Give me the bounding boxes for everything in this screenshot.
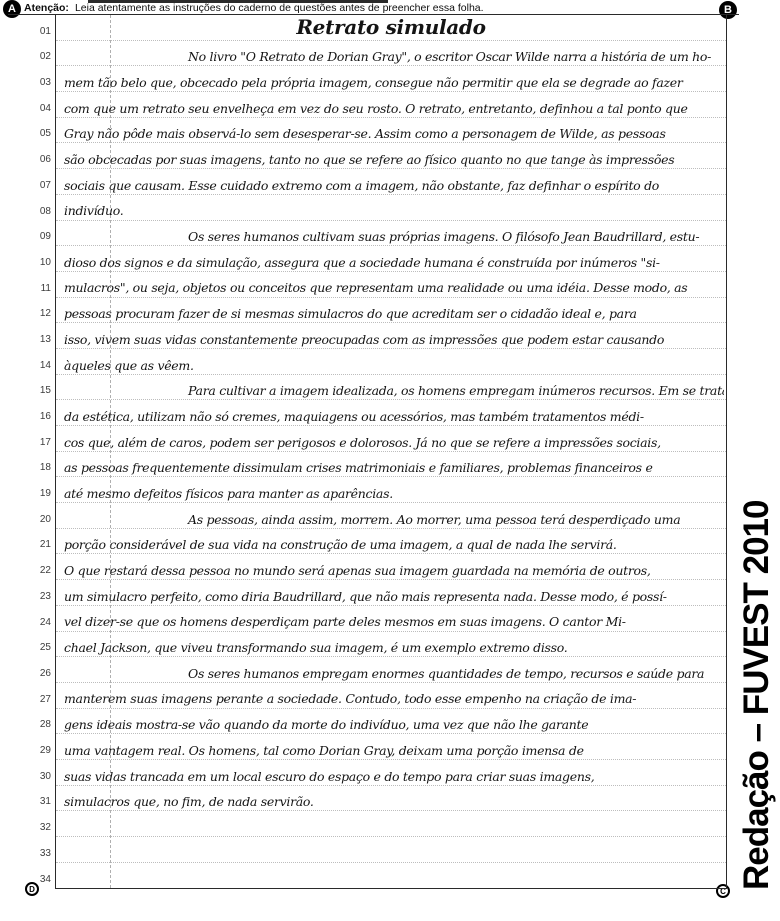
essay-line: 20 As pessoas, ainda assim, morrem. Ao m…	[56, 503, 726, 529]
line-number: 18	[27, 462, 51, 473]
essay-line: 02 No livro "O Retrato de Dorian Gray", …	[56, 41, 726, 67]
handwritten-text: O que restará dessa pessoa no mundo será…	[56, 564, 655, 579]
line-number: 03	[27, 77, 51, 88]
essay-line: 13 isso, vivem suas vidas constantemente…	[56, 323, 726, 349]
handwritten-text: pessoas procuram fazer de si mesmas simu…	[56, 307, 641, 322]
essay-line: 07 sociais que causam. Esse cuidado extr…	[56, 169, 726, 195]
essay-line: 27 manterem suas imagens perante a socie…	[56, 683, 726, 709]
essay-line: 11 mulacros", ou seja, objetos ou concei…	[56, 272, 726, 298]
essay-line: 26 Os seres humanos empregam enormes qua…	[56, 657, 726, 683]
handwritten-text: Gray não pôde mais observá-lo sem desesp…	[56, 127, 670, 142]
line-number: 11	[27, 283, 51, 294]
handwritten-text: mulacros", ou seja, objetos ou conceitos…	[56, 281, 691, 296]
essay-line: 09 Os seres humanos cultivam suas própri…	[56, 221, 726, 247]
line-number: 27	[27, 694, 51, 705]
handwritten-text: Retrato simulado	[292, 17, 489, 40]
essay-line: 22 O que restará dessa pessoa no mundo s…	[56, 554, 726, 580]
answer-sheet: 01 Retrato simulado 02 No livro "O Retra…	[55, 15, 727, 889]
line-number: 28	[27, 719, 51, 730]
line-number: 01	[27, 26, 51, 37]
line-number: 31	[27, 796, 51, 807]
handwritten-text: as pessoas frequentemente dissimulam cri…	[56, 461, 657, 476]
line-number: 15	[27, 385, 51, 396]
line-number: 22	[27, 565, 51, 576]
handwritten-text: até mesmo defeitos físicos para manter a…	[56, 487, 397, 502]
line-number: 24	[27, 617, 51, 628]
line-number: 09	[27, 231, 51, 242]
paper-crease-line	[110, 15, 111, 888]
handwritten-text: Para cultivar a imagem idealizada, os ho…	[56, 384, 724, 399]
essay-line: 14 àqueles que as vêem.	[56, 349, 726, 375]
handwritten-text: suas vidas trancada em um local escuro d…	[56, 770, 598, 785]
essay-line: 04 com que um retrato seu envelheça em v…	[56, 92, 726, 118]
exam-side-label: Redação – FUVEST 2010	[736, 438, 778, 890]
attention-header: Atenção:Leia atentamente as instruções d…	[24, 2, 684, 14]
line-number: 10	[27, 257, 51, 268]
essay-line: 30 suas vidas trancada em um local escur…	[56, 760, 726, 786]
essay-line: 28 gens ideais mostra-se vão quando da m…	[56, 709, 726, 735]
corner-marker-a: A	[3, 0, 21, 18]
handwritten-text: manterem suas imagens perante a sociedad…	[56, 692, 640, 707]
attention-label: Atenção:	[24, 2, 69, 14]
handwritten-text: cos que, além de caros, podem ser perigo…	[56, 436, 665, 451]
line-number: 23	[27, 591, 51, 602]
line-number: 16	[27, 411, 51, 422]
handwritten-text: vel dizer-se que os homens desperdiçam p…	[56, 615, 630, 630]
essay-line: 29 uma vantagem real. Os homens, tal com…	[56, 734, 726, 760]
essay-line: 05 Gray não pôde mais observá-lo sem des…	[56, 118, 726, 144]
line-number: 17	[27, 437, 51, 448]
line-number: 21	[27, 539, 51, 550]
essay-line: 12 pessoas procuram fazer de si mesmas s…	[56, 298, 726, 324]
essay-line: 24 vel dizer-se que os homens desperdiça…	[56, 606, 726, 632]
line-number: 04	[27, 103, 51, 114]
line-number: 29	[27, 745, 51, 756]
handwritten-text: Os seres humanos empregam enormes quanti…	[56, 667, 708, 682]
line-number: 34	[27, 874, 51, 885]
essay-line: 03 mem tão belo que, obcecado pela própr…	[56, 66, 726, 92]
essay-line: 08 indivíduo.	[56, 195, 726, 221]
handwritten-text: dioso dos signos e da simulação, assegur…	[56, 256, 664, 271]
essay-line: 32	[56, 811, 726, 837]
handwritten-text: As pessoas, ainda assim, morrem. Ao morr…	[56, 513, 684, 528]
essay-line: 34	[56, 863, 726, 889]
handwritten-text: da estética, utilizam não só cremes, maq…	[56, 410, 648, 425]
handwritten-text	[56, 860, 68, 862]
essay-line: 31 simulacros que, no fim, de nada servi…	[56, 786, 726, 812]
essay-line: 06 são obcecadas por suas imagens, tanto…	[56, 143, 726, 169]
handwritten-text: com que um retrato seu envelheça em vez …	[56, 102, 692, 117]
essay-line: 19 até mesmo defeitos físicos para mante…	[56, 477, 726, 503]
attention-text: Leia atentamente as instruções do cadern…	[75, 2, 484, 14]
line-number: 06	[27, 154, 51, 165]
line-number: 33	[27, 848, 51, 859]
handwritten-text: sociais que causam. Esse cuidado extremo…	[56, 179, 663, 194]
line-number: 12	[27, 308, 51, 319]
line-number: 30	[27, 771, 51, 782]
handwritten-text: mem tão belo que, obcecado pela própria …	[56, 76, 687, 91]
handwritten-text	[56, 834, 68, 836]
line-number: 26	[27, 668, 51, 679]
essay-line: 01 Retrato simulado	[56, 15, 726, 41]
line-number: 25	[27, 642, 51, 653]
line-number: 13	[27, 334, 51, 345]
essay-line: 33	[56, 837, 726, 863]
essay-line: 25 chael Jackson, que viveu transformand…	[56, 632, 726, 658]
line-number: 20	[27, 514, 51, 525]
handwritten-text: àqueles que as vêem.	[56, 359, 198, 374]
handwritten-text	[56, 886, 68, 888]
handwritten-text: um simulacro perfeito, como diria Baudri…	[56, 590, 671, 605]
line-number: 19	[27, 488, 51, 499]
essay-line: 21 porção considerável de sua vida na co…	[56, 529, 726, 555]
handwritten-text: são obcecadas por suas imagens, tanto no…	[56, 153, 678, 168]
handwritten-text: isso, vivem suas vidas constantemente pr…	[56, 333, 668, 348]
handwritten-text: uma vantagem real. Os homens, tal como D…	[56, 744, 588, 759]
essay-line: 16 da estética, utilizam não só cremes, …	[56, 400, 726, 426]
line-number: 07	[27, 180, 51, 191]
line-number: 05	[27, 128, 51, 139]
line-number: 14	[27, 360, 51, 371]
handwritten-text: Os seres humanos cultivam suas próprias …	[56, 230, 703, 245]
essay-line: 23 um simulacro perfeito, como diria Bau…	[56, 580, 726, 606]
essay-line: 18 as pessoas frequentemente dissimulam …	[56, 452, 726, 478]
handwritten-text: simulacros que, no fim, de nada servirão…	[56, 795, 318, 810]
handwritten-text: porção considerável de sua vida na const…	[56, 538, 621, 553]
handwritten-text: gens ideais mostra-se vão quando da mort…	[56, 718, 592, 733]
handwritten-text: No livro "O Retrato de Dorian Gray", o e…	[56, 50, 715, 65]
line-number: 08	[27, 206, 51, 217]
line-number: 02	[27, 51, 51, 62]
essay-line: 10 dioso dos signos e da simulação, asse…	[56, 246, 726, 272]
essay-line: 15 Para cultivar a imagem idealizada, os…	[56, 375, 726, 401]
essay-line: 17 cos que, além de caros, podem ser per…	[56, 426, 726, 452]
handwritten-text: indivíduo.	[56, 204, 127, 219]
handwritten-text: chael Jackson, que viveu transformando s…	[56, 641, 571, 656]
line-number: 32	[27, 822, 51, 833]
